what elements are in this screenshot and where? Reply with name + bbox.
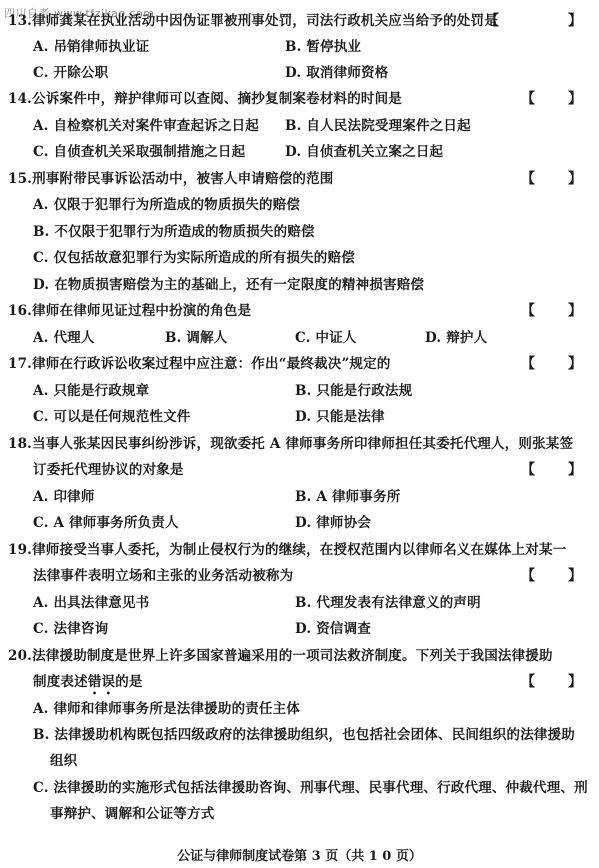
option-c: C. A 律师事务所负责人 xyxy=(33,514,179,532)
answer-bracket-close: 】 xyxy=(568,461,582,479)
option-b: B. 暂停执业 xyxy=(285,38,361,56)
question-stem: 16.律师在律师见证过程中扮演的角色是 xyxy=(8,302,251,320)
answer-bracket-open: 【 xyxy=(485,12,499,30)
option-d: D. 取消律师资格 xyxy=(285,64,388,82)
answer-bracket-open: 【 xyxy=(521,355,535,373)
option-d: D. 律师协会 xyxy=(295,514,371,532)
option-a: A. 仅限于犯罪行为所造成的物质损失的赔偿 xyxy=(33,196,300,214)
question-stem: 20.法律援助制度是世界上许多国家普遍采用的一项司法救济制度。下列关于我国法律援… xyxy=(8,647,553,665)
emphasis-text: 错误 xyxy=(88,674,115,690)
option-a: A. 代理人 xyxy=(33,329,95,347)
question-stem: 19.律师接受当事人委托，为制止侵权行为的继续，在授权范围内以律师名义在媒体上对… xyxy=(8,541,566,559)
option-b: B. 代理发表有法律意义的声明 xyxy=(295,594,481,612)
option-d: D. 在物质损害赔偿为主的基础上，还有一定限度的精神损害赔偿 xyxy=(33,276,424,294)
option-c: C. 自侦查机关采取强制措施之日起 xyxy=(33,143,245,161)
question-stem: 13.律师龚某在执业活动中因伪证罪被刑事处罚，司法行政机关应当给予的处罚是 xyxy=(8,12,498,30)
answer-bracket-open: 【 xyxy=(521,567,535,585)
answer-bracket-close: 】 xyxy=(568,170,582,188)
question-stem-cont: 法律事件表明立场和主张的业务活动被称为 xyxy=(33,567,293,585)
option-d: D. 资信调查 xyxy=(295,620,371,638)
option-c: C. 法律咨询 xyxy=(33,620,108,638)
option-b: B. 自人民法院受理案件之日起 xyxy=(285,117,471,135)
option-c: C. 开除公职 xyxy=(33,64,108,82)
question-stem: 15.刑事附带民事诉讼活动中，被害人申请赔偿的范围 xyxy=(8,170,334,188)
option-c: C. 法律援助的实施形式包括法律援助咨询、刑事代理、民事代理、行政代理、仲裁代理… xyxy=(33,779,588,797)
question-stem: 18.当事人张某因民事纠纷涉诉，现欲委托 A 律师事务所印律师担任其委托代理人，… xyxy=(8,435,573,453)
option-d: D. 自侦查机关立案之日起 xyxy=(285,143,443,161)
answer-bracket-open: 【 xyxy=(521,461,535,479)
option-b: B. 调解人 xyxy=(165,329,228,347)
option-a: A. 吊销律师执业证 xyxy=(33,38,149,56)
answer-bracket-close: 】 xyxy=(568,302,582,320)
option-b: B. 只能是行政法规 xyxy=(295,382,412,400)
question-stem-cont: 制度表述错误的是 xyxy=(33,673,143,691)
option-b: B. 不仅限于犯罪行为所造成的物质损失的赔偿 xyxy=(33,223,315,241)
question-stem: 17.律师在行政诉讼收案过程中应注意：作出“最终裁决”规定的 xyxy=(8,355,391,373)
option-c: C. 仅包括故意犯罪行为实际所造成的所有损失的赔偿 xyxy=(33,249,355,267)
option-a: A. 自检察机关对案件审查起诉之日起 xyxy=(33,117,259,135)
answer-bracket-close: 】 xyxy=(568,673,582,691)
answer-bracket-open: 【 xyxy=(521,90,535,108)
option-c-cont: 事辩护、调解和公证等方式 xyxy=(50,805,214,823)
option-d: D. 只能是法律 xyxy=(295,408,385,426)
answer-bracket-close: 】 xyxy=(568,567,582,585)
answer-bracket-open: 【 xyxy=(521,673,535,691)
option-b: B. 法律援助机构既包括四级政府的法律援助组织，也包括社会团体、民间组织的法律援… xyxy=(33,726,575,744)
answer-bracket-close: 】 xyxy=(568,12,582,30)
option-a: A. 出具法律意见书 xyxy=(33,594,149,612)
answer-bracket-close: 】 xyxy=(568,355,582,373)
option-c: C. 中证人 xyxy=(295,329,357,347)
answer-bracket-open: 【 xyxy=(521,170,535,188)
answer-bracket-open: 【 xyxy=(521,302,535,320)
page-footer: 公证与律师制度试卷第 3 页（共 1 0 页） xyxy=(0,845,599,864)
option-a: A. 律师和律师事务所是法律援助的责任主体 xyxy=(33,700,300,718)
option-a: A. 印律师 xyxy=(33,488,95,506)
option-a: A. 只能是行政规章 xyxy=(33,382,149,400)
option-b-cont: 组织 xyxy=(50,752,77,770)
question-stem: 14.公诉案件中，辩护律师可以查阅、摘抄复制案卷材料的时间是 xyxy=(8,90,402,108)
option-b: B. A 律师事务所 xyxy=(295,488,401,506)
answer-bracket-close: 】 xyxy=(568,90,582,108)
question-stem-cont: 订委托代理协议的对象是 xyxy=(33,461,184,479)
option-d: D. 辩护人 xyxy=(425,329,487,347)
option-c: C. 可以是任何规范性文件 xyxy=(33,408,191,426)
